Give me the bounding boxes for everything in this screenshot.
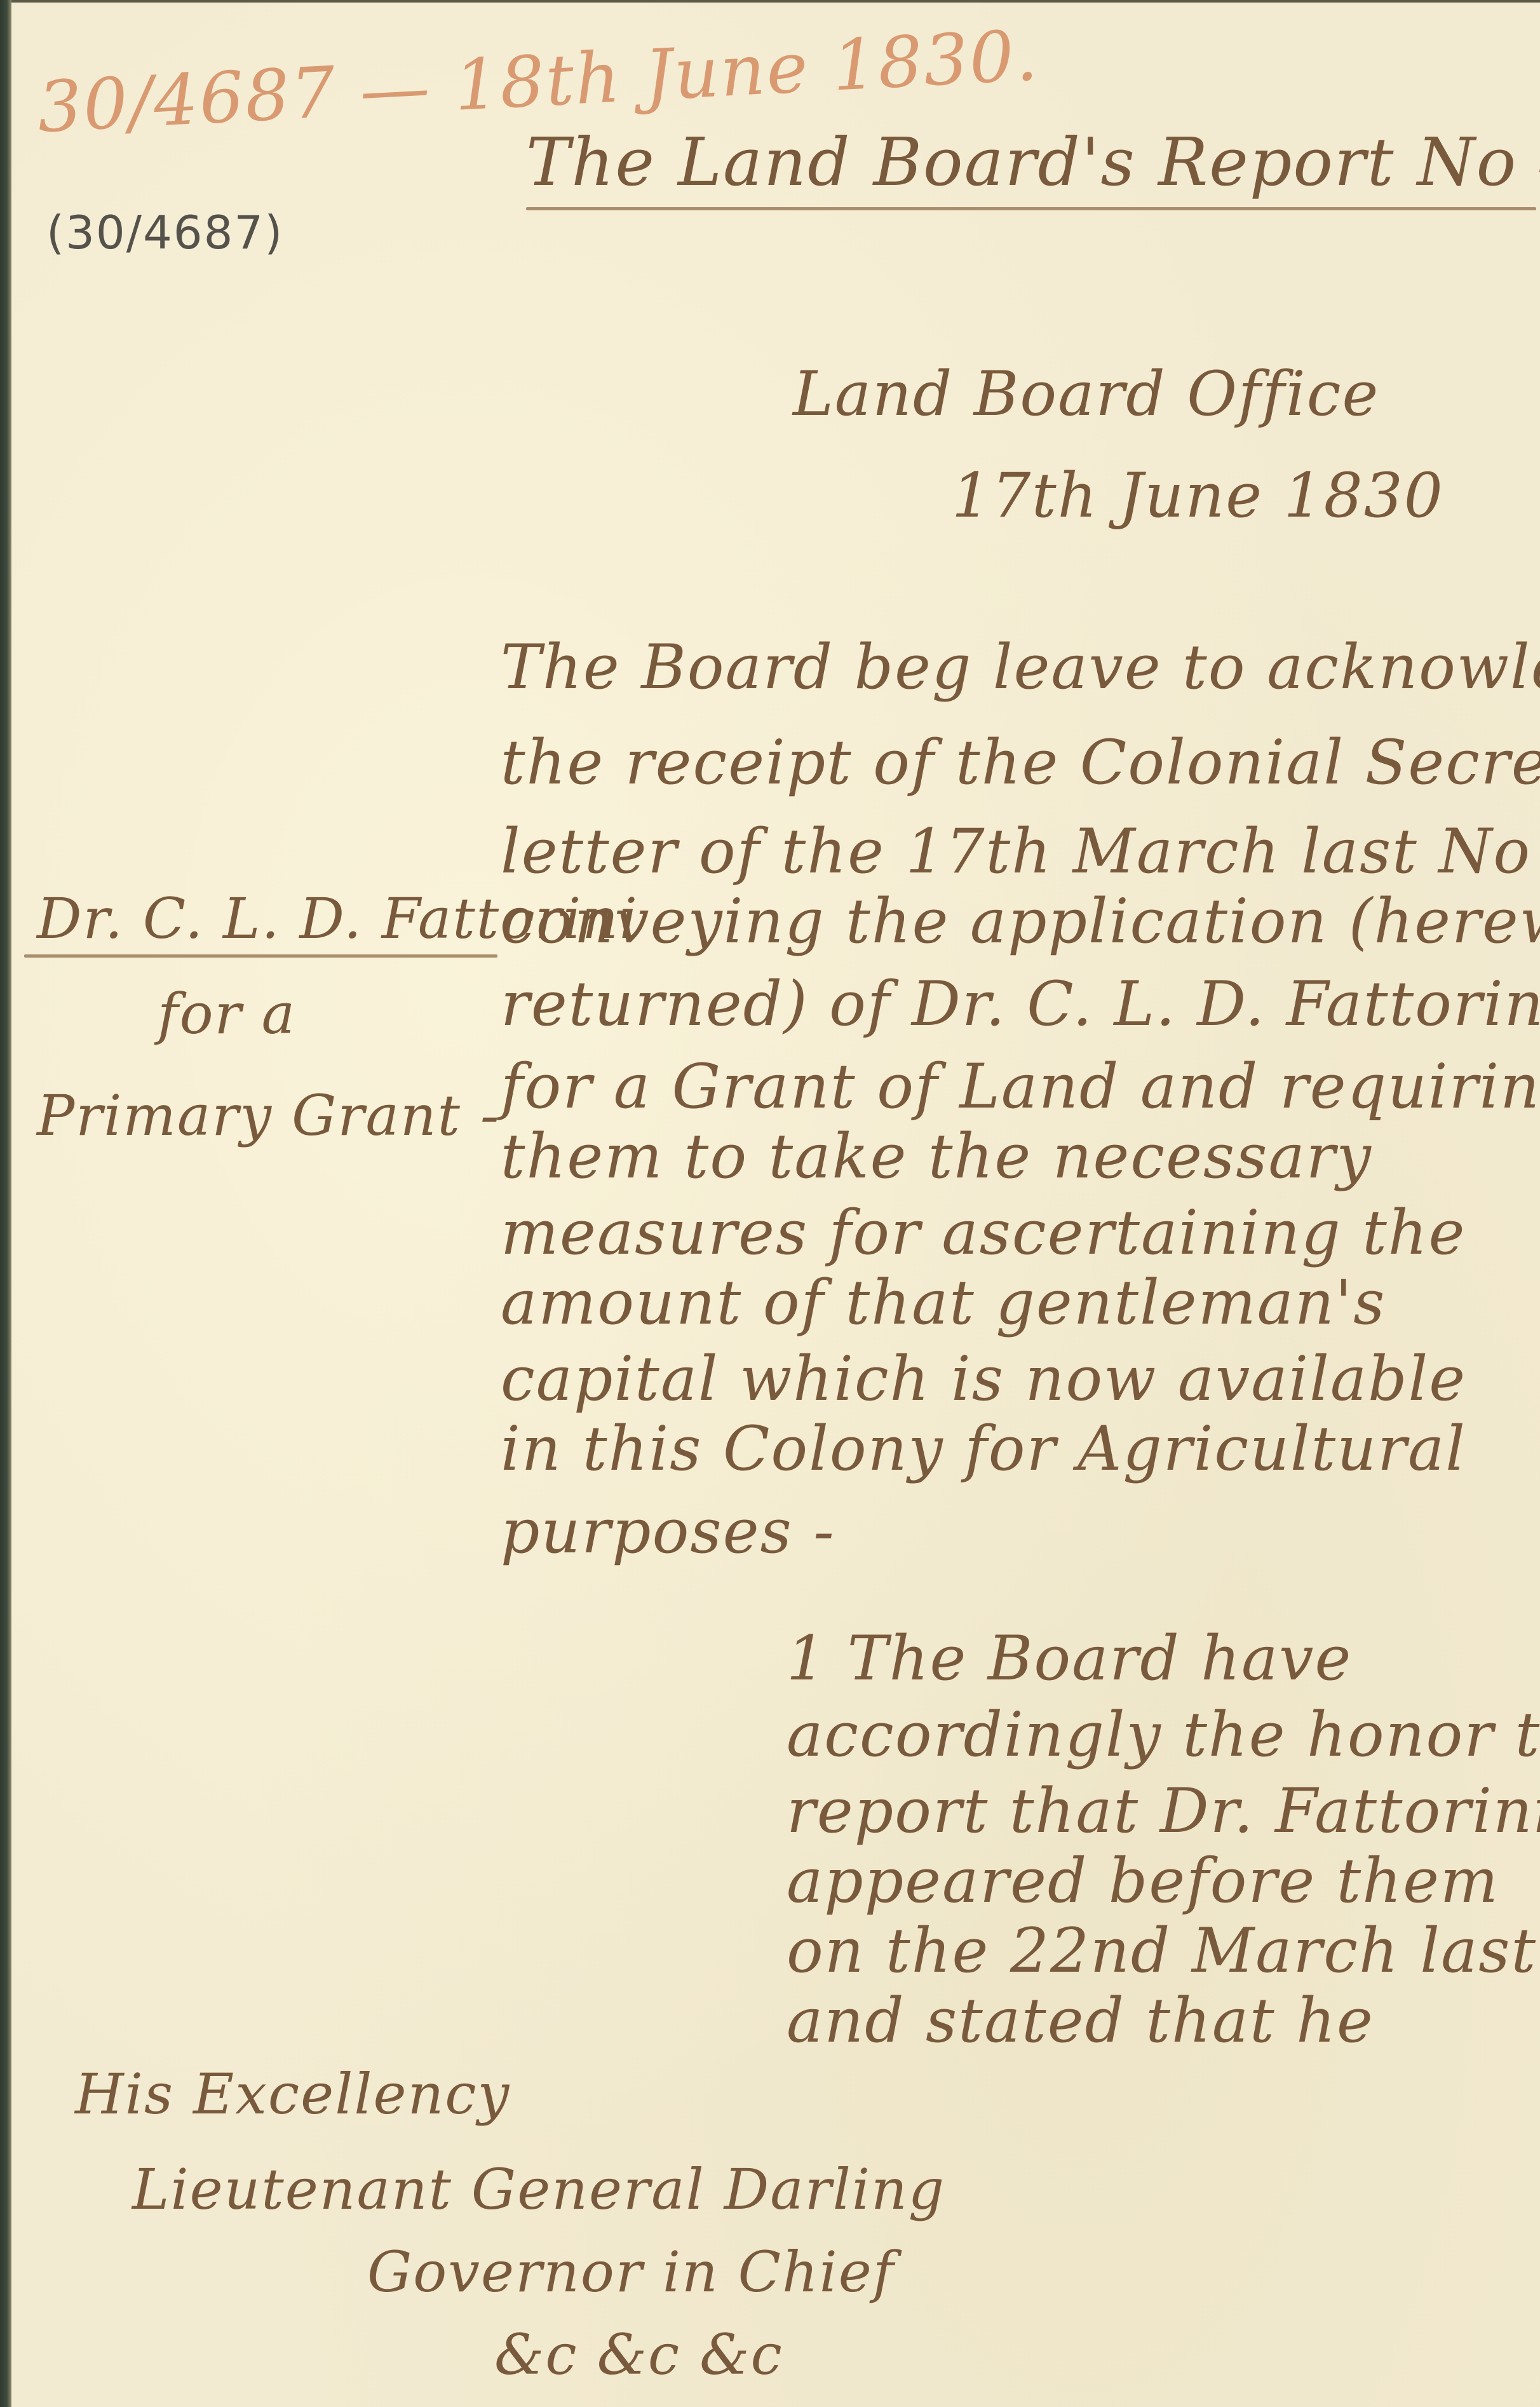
- body-line-5: returned) of Dr. C. L. D. Fattorini: [501, 968, 1540, 1040]
- body-line-8: measures for ascertaining the: [501, 1197, 1466, 1268]
- margin-note-underline: [24, 954, 497, 958]
- addressee-line-4: &c &c &c: [494, 2322, 783, 2387]
- margin-note-for-a: for a: [158, 981, 296, 1047]
- addressee-line-3: Governor in Chief: [367, 2239, 895, 2305]
- body-line-12: purposes -: [501, 1496, 835, 1567]
- para2-line-5: on the 22nd March last: [787, 1915, 1537, 1986]
- document-page: 30/4687 — 18th June 1830. (30/4687) The …: [11, 3, 1540, 2407]
- body-line-1: The Board beg leave to acknowledge: [501, 632, 1540, 703]
- heading-underline: [526, 207, 1536, 210]
- para2-line-3: report that Dr. Fattorini: [787, 1775, 1540, 1847]
- para2-line-1: 1 The Board have: [787, 1623, 1352, 1694]
- addressee-line-2: Lieutenant General Darling: [132, 2157, 945, 2222]
- body-line-10: capital which is now available: [501, 1343, 1466, 1414]
- body-line-2: the receipt of the Colonial Secretary's: [501, 727, 1540, 798]
- place-line: Land Board Office: [793, 358, 1379, 430]
- para2-line-6: and stated that he: [787, 1985, 1374, 2056]
- body-line-11: in this Colony for Agricultural: [501, 1413, 1466, 1484]
- addressee-line-1: His Excellency: [75, 2061, 510, 2127]
- para2-line-4: appeared before them: [787, 1845, 1499, 1916]
- scan-left-border: [0, 0, 11, 2407]
- body-line-3: letter of the 17th March last No 30/18: [501, 816, 1540, 887]
- pencil-reference: (30/4687): [46, 206, 283, 259]
- margin-note-grant: Primary Grant -: [37, 1083, 501, 1148]
- date-line: 17th June 1830: [952, 460, 1444, 531]
- body-line-9: amount of that gentleman's: [501, 1267, 1386, 1338]
- para2-line-2: accordingly the honor to: [787, 1699, 1540, 1770]
- body-line-4: conveying the application (herewith: [501, 886, 1540, 957]
- body-line-6: for a Grant of Land and requiring: [501, 1051, 1540, 1122]
- body-line-7: them to take the necessary: [501, 1121, 1372, 1192]
- report-heading: The Land Board's Report No 407: [526, 123, 1540, 201]
